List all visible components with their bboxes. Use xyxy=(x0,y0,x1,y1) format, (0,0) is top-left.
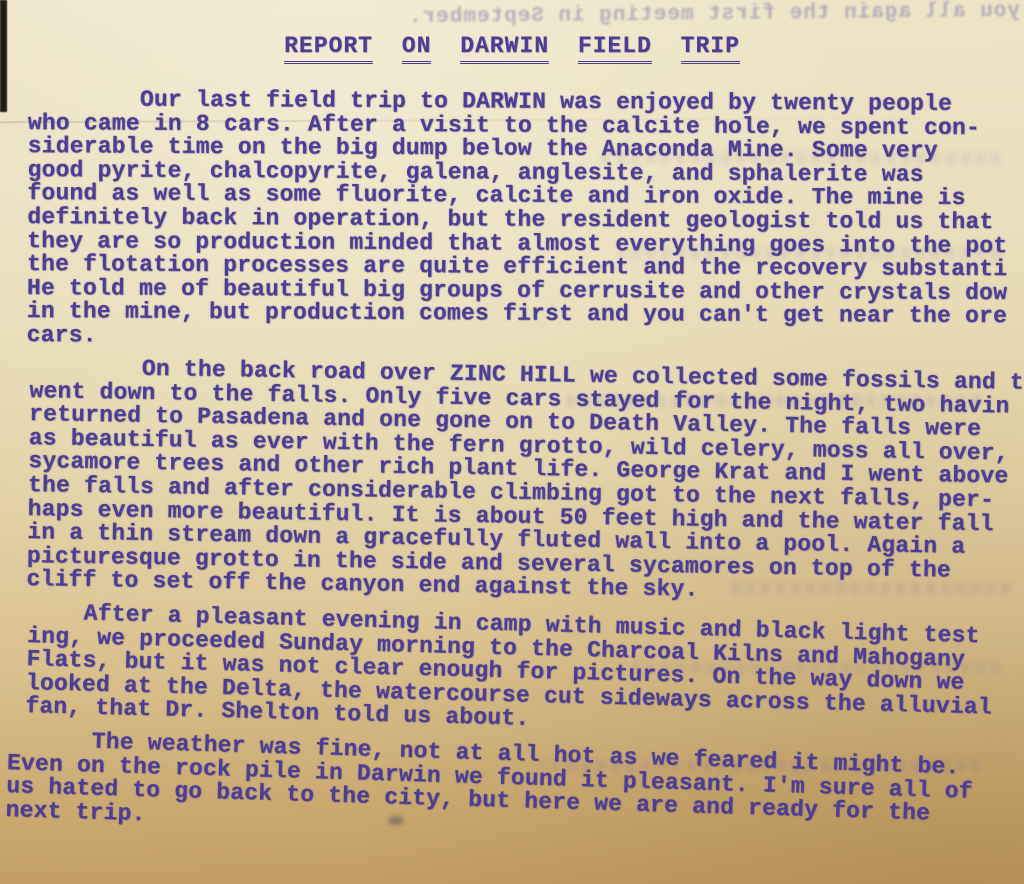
title-word: ON xyxy=(402,33,432,64)
title-word: REPORT xyxy=(284,33,373,64)
paragraph: After a pleasant evening in camp with mu… xyxy=(25,601,994,743)
scanned-document-page: you all again the first meeting in Septe… xyxy=(0,0,1024,884)
title-word: DARWIN xyxy=(460,33,549,64)
paragraph: On the back road over ZINC HILL we colle… xyxy=(26,356,1024,608)
bleed-through-text: you all again the first meeting in Septe… xyxy=(425,0,1020,29)
title-word: FIELD xyxy=(578,33,652,64)
paragraph: The weather was fine, not at all hot as … xyxy=(5,728,974,851)
paragraph: Our last field trip to DARWIN was enjoye… xyxy=(27,88,1009,353)
title-word: TRIP xyxy=(681,33,740,64)
page-title: REPORT ON DARWIN FIELD TRIP xyxy=(0,33,1024,64)
